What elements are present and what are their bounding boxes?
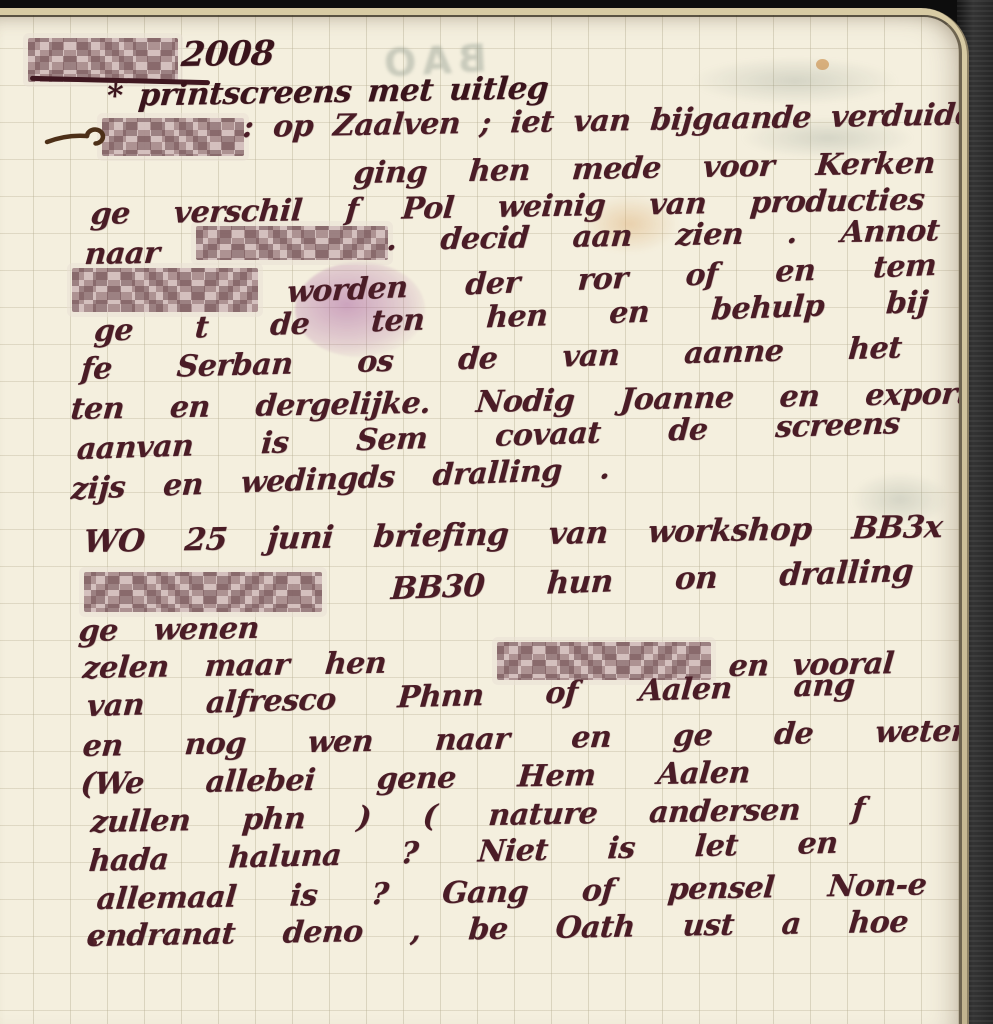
year-label: 2008	[180, 36, 276, 72]
handwriting-line: en nog wen naar en ge de weten	[81, 716, 962, 762]
handwriting-line: zelen maar hen	[81, 649, 387, 684]
redacted-word-5	[84, 572, 322, 612]
stain-dot	[816, 59, 829, 70]
handwriting-line: ge wenen	[77, 614, 260, 647]
redacted-word-4	[72, 268, 258, 312]
arrow-icon	[44, 123, 110, 153]
redacted-word-2	[102, 118, 244, 156]
handwriting-line: BB30 hun on dralling	[390, 556, 914, 605]
show-through-mark	[690, 57, 900, 105]
scanned-notebook-page: BAO 2008 * printscreens met uitleg : op …	[0, 0, 993, 1024]
handwriting-line: . decid aan zien . Annot	[385, 216, 940, 256]
redacted-word-3	[196, 226, 388, 260]
notebook-page: BAO 2008 * printscreens met uitleg : op …	[0, 15, 962, 1024]
handwriting-line: naar	[83, 239, 160, 270]
handwriting-line: (We allebei gene Hem Aalen	[79, 758, 751, 800]
handwriting-line-date: WO 25 juni briefing van workshop BB3x li…	[82, 510, 962, 558]
